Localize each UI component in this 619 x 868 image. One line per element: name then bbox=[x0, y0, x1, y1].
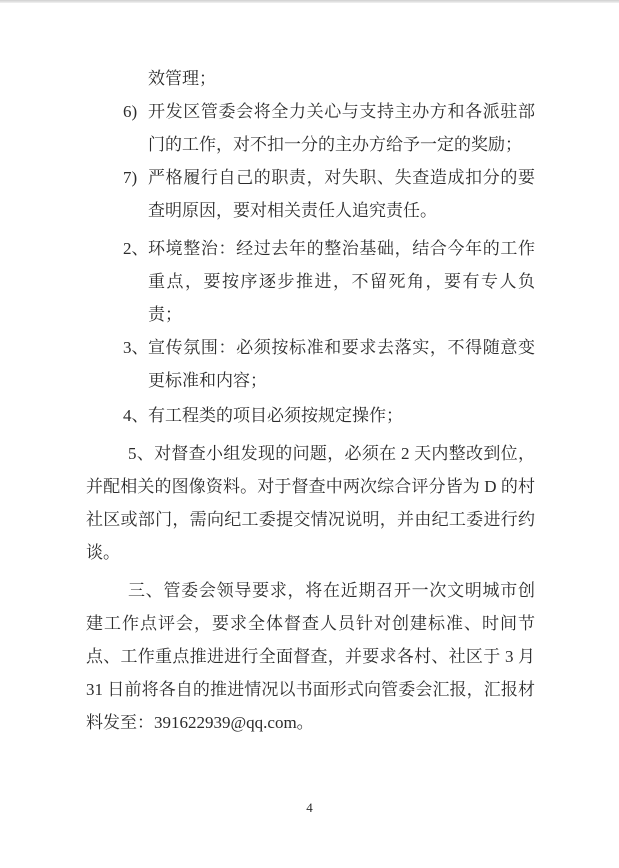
document-body: 效管理； 6) 开发区管委会将全力关心与支持主办方和各派驻部门的工作，对不扣一分… bbox=[86, 62, 535, 739]
numbered-item-2: 2、 环境整治：经过去年的整治基础，结合今年的工作重点，要按序逐步推进，不留死角… bbox=[86, 232, 535, 331]
document-page: 效管理； 6) 开发区管委会将全力关心与支持主办方和各派驻部门的工作，对不扣一分… bbox=[0, 0, 619, 868]
item-marker: 3、 bbox=[123, 331, 149, 364]
numbered-item-6: 6) 开发区管委会将全力关心与支持主办方和各派驻部门的工作，对不扣一分的主办方给… bbox=[86, 95, 535, 161]
paragraph-leader-request: 三、管委会领导要求，将在近期召开一次文明城市创建工作点评会，要求全体督查人员针对… bbox=[86, 574, 535, 739]
paragraph-continuation: 效管理； bbox=[86, 62, 535, 95]
item-text: 有工程类的项目必须按规定操作； bbox=[148, 406, 403, 425]
numbered-item-4: 4、 有工程类的项目必须按规定操作； bbox=[86, 399, 535, 432]
item-marker: 7) bbox=[123, 161, 137, 194]
numbered-item-7: 7) 严格履行自己的职责，对失职、失查造成扣分的要查明原因，要对相关责任人追究责… bbox=[86, 161, 535, 227]
numbered-item-3: 3、 宣传氛围：必须按标准和要求去落实，不得随意变更标准和内容； bbox=[86, 331, 535, 397]
paragraph-rectification: 5、对督查小组发现的问题，必须在 2 天内整改到位，并配相关的图像资料。对于督查… bbox=[86, 437, 535, 569]
item-text: 开发区管委会将全力关心与支持主办方和各派驻部门的工作，对不扣一分的主办方给予一定… bbox=[148, 102, 535, 154]
page-number: 4 bbox=[0, 800, 619, 816]
item-text: 严格履行自己的职责，对失职、失查造成扣分的要查明原因，要对相关责任人追究责任。 bbox=[148, 168, 535, 220]
item-text: 宣传氛围：必须按标准和要求去落实，不得随意变更标准和内容； bbox=[148, 338, 535, 390]
item-marker: 6) bbox=[123, 95, 137, 128]
item-text: 环境整治：经过去年的整治基础，结合今年的工作重点，要按序逐步推进，不留死角，要有… bbox=[148, 239, 535, 324]
page-top-edge bbox=[0, 0, 619, 3]
item-marker: 4、 bbox=[123, 399, 149, 432]
item-marker: 2、 bbox=[123, 232, 149, 265]
